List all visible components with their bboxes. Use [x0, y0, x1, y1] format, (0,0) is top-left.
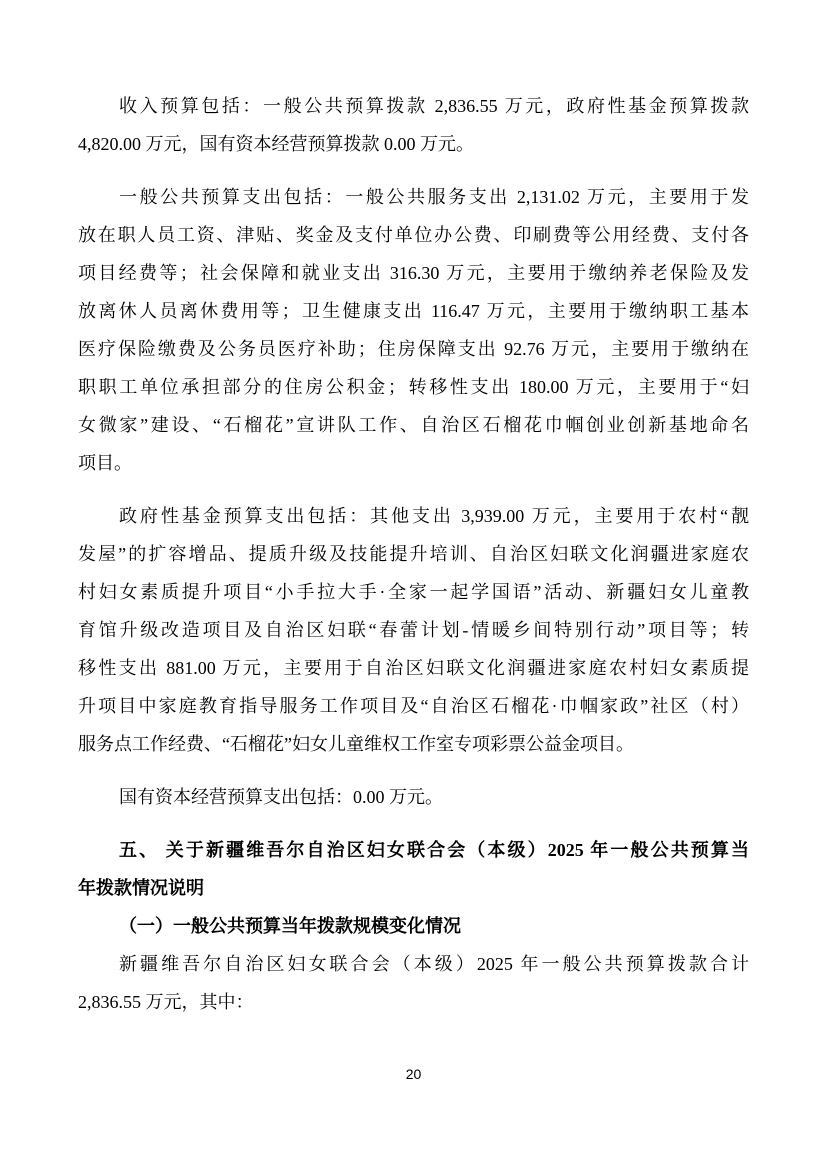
- text-line: 五、 关于新疆维吾尔自治区妇女联合会（本级）2025 年一般公共预算当: [78, 831, 749, 869]
- text-line: 收入预算包括：一般公共预算拨款 2,836.55 万元，政府性基金预算拨款: [78, 87, 749, 125]
- text-line: 年拨款情况说明: [78, 869, 749, 907]
- text-line: 2,836.55 万元，其中：: [78, 983, 749, 1021]
- text-line: 职职工单位承担部分的住房公积金；转移性支出 180.00 万元，主要用于“妇: [78, 368, 749, 406]
- text-line: 放离休人员离休费用等；卫生健康支出 116.47 万元，主要用于缴纳职工基本: [78, 292, 749, 330]
- heading-section-five: 五、 关于新疆维吾尔自治区妇女联合会（本级）2025 年一般公共预算当 年拨款情…: [78, 831, 749, 907]
- text-line: 村妇女素质提升项目“小手拉大手·全家一起学国语”活动、新疆妇女儿童教: [78, 573, 749, 611]
- text-line: 4,820.00 万元，国有资本经营预算拨款 0.00 万元。: [78, 125, 749, 163]
- text-line: 政府性基金预算支出包括：其他支出 3,939.00 万元，主要用于农村“靓: [78, 497, 749, 535]
- text-line: 放在职人员工资、津贴、奖金及支付单位办公费、印刷费等公用经费、支付各: [78, 216, 749, 254]
- text-line: 育馆升级改造项目及自治区妇联“春蕾计划-情暖乡间特别行动”项目等；转: [78, 611, 749, 649]
- para-income-budget: 收入预算包括：一般公共预算拨款 2,836.55 万元，政府性基金预算拨款 4,…: [78, 87, 749, 163]
- text-line: 医疗保险缴费及公务员医疗补助；住房保障支出 92.76 万元，主要用于缴纳在: [78, 330, 749, 368]
- text-line: 项目经费等；社会保障和就业支出 316.30 万元，主要用于缴纳养老保险及发: [78, 254, 749, 292]
- para-gov-fund-budget-expenditure: 政府性基金预算支出包括：其他支出 3,939.00 万元，主要用于农村“靓 发屋…: [78, 497, 749, 763]
- para-total-appropriation: 新疆维吾尔自治区妇女联合会（本级）2025 年一般公共预算拨款合计 2,836.…: [78, 945, 749, 1021]
- text-line: 女微家”建设、“石榴花”宣讲队工作、自治区石榴花巾帼创业创新基地命名: [78, 406, 749, 444]
- text-line: （一）一般公共预算当年拨款规模变化情况: [78, 907, 749, 945]
- page-number: 20: [0, 1064, 827, 1084]
- text-line: 服务点工作经费、“石榴花”妇女儿童维权工作室专项彩票公益金项目。: [78, 725, 749, 763]
- document-page: 收入预算包括：一般公共预算拨款 2,836.55 万元，政府性基金预算拨款 4,…: [0, 0, 827, 1021]
- text-line: 项目。: [78, 444, 749, 482]
- text-line: 移性支出 881.00 万元，主要用于自治区妇联文化润疆进家庭农村妇女素质提: [78, 649, 749, 687]
- para-general-public-budget-expenditure: 一般公共预算支出包括：一般公共服务支出 2,131.02 万元，主要用于发 放在…: [78, 178, 749, 482]
- text-line: 新疆维吾尔自治区妇女联合会（本级）2025 年一般公共预算拨款合计: [78, 945, 749, 983]
- subheading-five-one: （一）一般公共预算当年拨款规模变化情况: [78, 907, 749, 945]
- para-state-capital-budget-expenditure: 国有资本经营预算支出包括：0.00 万元。: [78, 778, 749, 816]
- text-line: 升项目中家庭教育指导服务工作项目及“自治区石榴花·巾帼家政”社区（村）: [78, 687, 749, 725]
- text-line: 发屋”的扩容增品、提质升级及技能提升培训、自治区妇联文化润疆进家庭农: [78, 535, 749, 573]
- text-line: 国有资本经营预算支出包括：0.00 万元。: [78, 778, 749, 816]
- text-line: 一般公共预算支出包括：一般公共服务支出 2,131.02 万元，主要用于发: [78, 178, 749, 216]
- document-body: 收入预算包括：一般公共预算拨款 2,836.55 万元，政府性基金预算拨款 4,…: [0, 0, 827, 1021]
